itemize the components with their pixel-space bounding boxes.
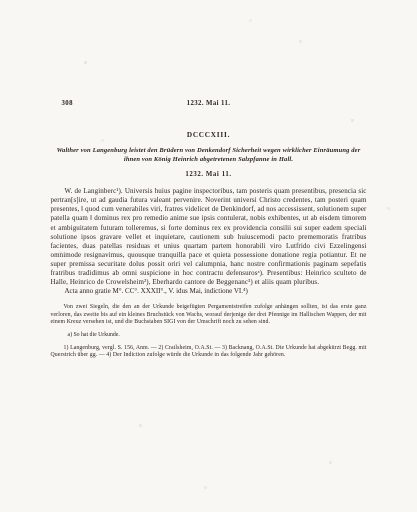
charter-regest: Walther von Langenburg leistet den Brüde…	[53, 147, 365, 164]
charter-date-heading: 1232. Mai 11.	[51, 171, 367, 178]
charter-number-heading: DCCCXIII.	[51, 131, 367, 139]
footnotes-text: 1) Langenburg, vergl. S. 156, Anm. — 2) …	[51, 345, 367, 360]
scan-noise	[0, 0, 1, 1]
acta-line: Acta anno gratie M°. CC°. XXXII°., V. id…	[51, 287, 367, 296]
variant-note: a) So hat die Urkunde.	[68, 332, 367, 339]
running-title: 1232. Mai 11.	[51, 100, 367, 107]
page-header: 308 1232. Mai 11.	[51, 100, 367, 110]
charter-body-text: W. de Langinberc¹). Universis huius pagi…	[51, 187, 367, 287]
page-number: 308	[62, 100, 73, 107]
page-content: 308 1232. Mai 11. DCCCXIII. Walther von …	[51, 0, 367, 360]
seal-description-note: Von zwei Siegeln, die den an der Urkunde…	[51, 304, 367, 326]
scanned-book-page: 308 1232. Mai 11. DCCCXIII. Walther von …	[0, 0, 417, 512]
